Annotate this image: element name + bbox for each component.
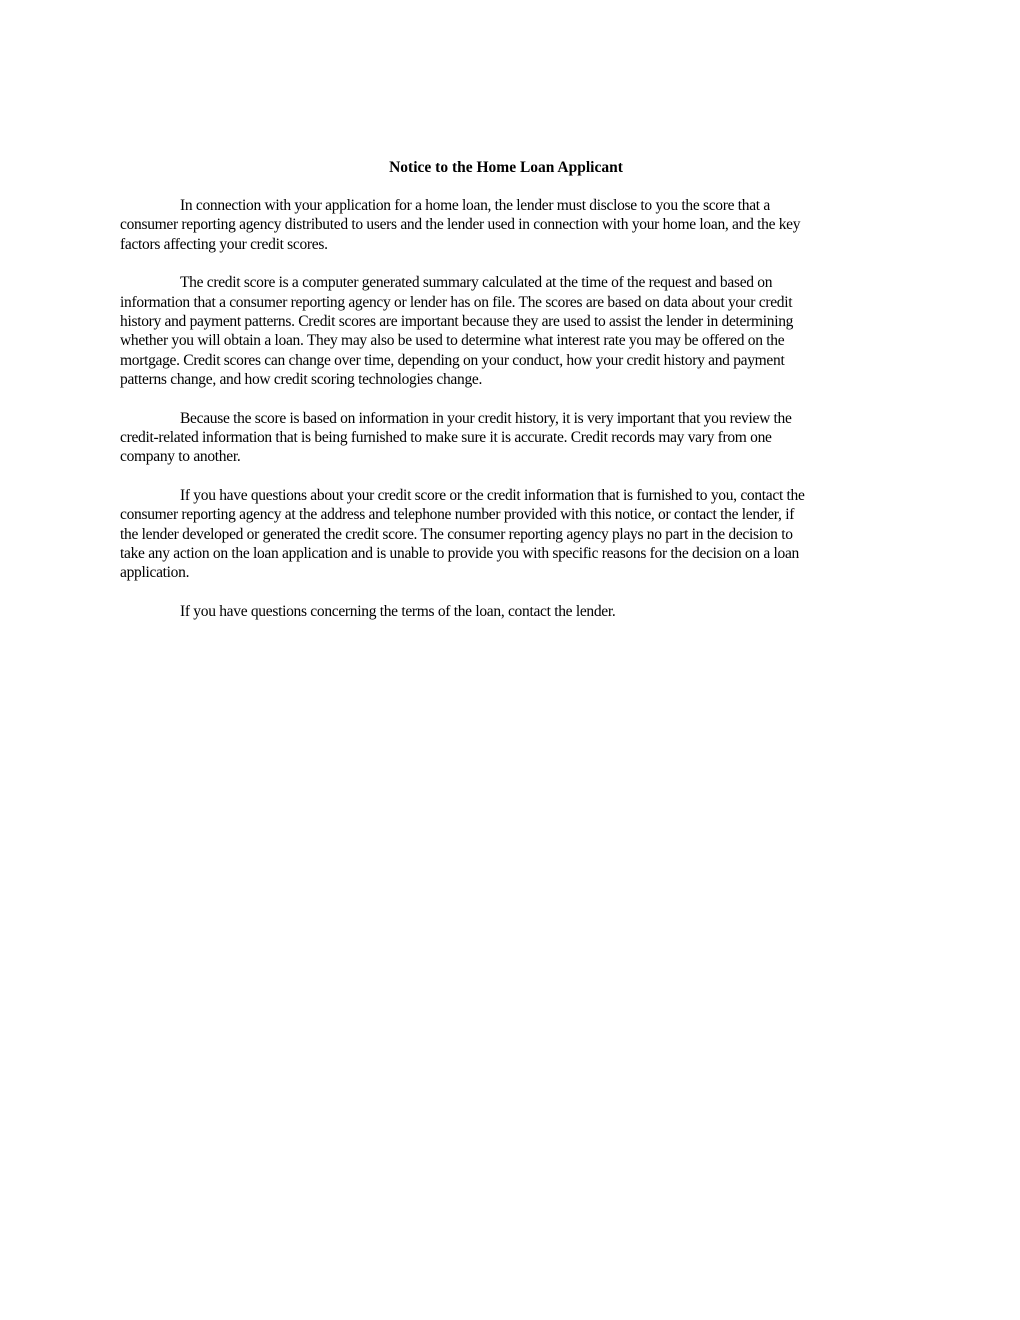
text-line: history and payment patterns. Credit sco… [120, 312, 892, 331]
text-line: If you have questions concerning the ter… [120, 602, 892, 621]
text-line: If you have questions about your credit … [120, 486, 892, 505]
text-line: information that a consumer reporting ag… [120, 293, 892, 312]
document-page: Notice to the Home Loan Applicant In con… [120, 158, 892, 641]
text-line: whether you will obtain a loan. They may… [120, 331, 892, 350]
text-line: credit-related information that is being… [120, 428, 892, 447]
paragraph-review-accuracy: Because the score is based on informatio… [120, 409, 892, 467]
text-line: The credit score is a computer generated… [120, 273, 892, 292]
text-line: take any action on the loan application … [120, 544, 892, 563]
text-line: patterns change, and how credit scoring … [120, 370, 892, 389]
paragraph-credit-score-definition: The credit score is a computer generated… [120, 273, 892, 389]
text-line: Because the score is based on informatio… [120, 409, 892, 428]
paragraph-questions-loan: If you have questions concerning the ter… [120, 602, 892, 621]
text-line: mortgage. Credit scores can change over … [120, 351, 892, 370]
document-title: Notice to the Home Loan Applicant [120, 158, 892, 178]
text-line: consumer reporting agency at the address… [120, 505, 892, 524]
text-line: company to another. [120, 447, 892, 466]
text-line: the lender developed or generated the cr… [120, 525, 892, 544]
text-line: In connection with your application for … [120, 196, 892, 215]
paragraph-questions-credit: If you have questions about your credit … [120, 486, 892, 582]
paragraph-disclosure-intro: In connection with your application for … [120, 196, 892, 254]
text-line: consumer reporting agency distributed to… [120, 215, 892, 234]
text-line: application. [120, 563, 892, 582]
text-line: factors affecting your credit scores. [120, 235, 892, 254]
